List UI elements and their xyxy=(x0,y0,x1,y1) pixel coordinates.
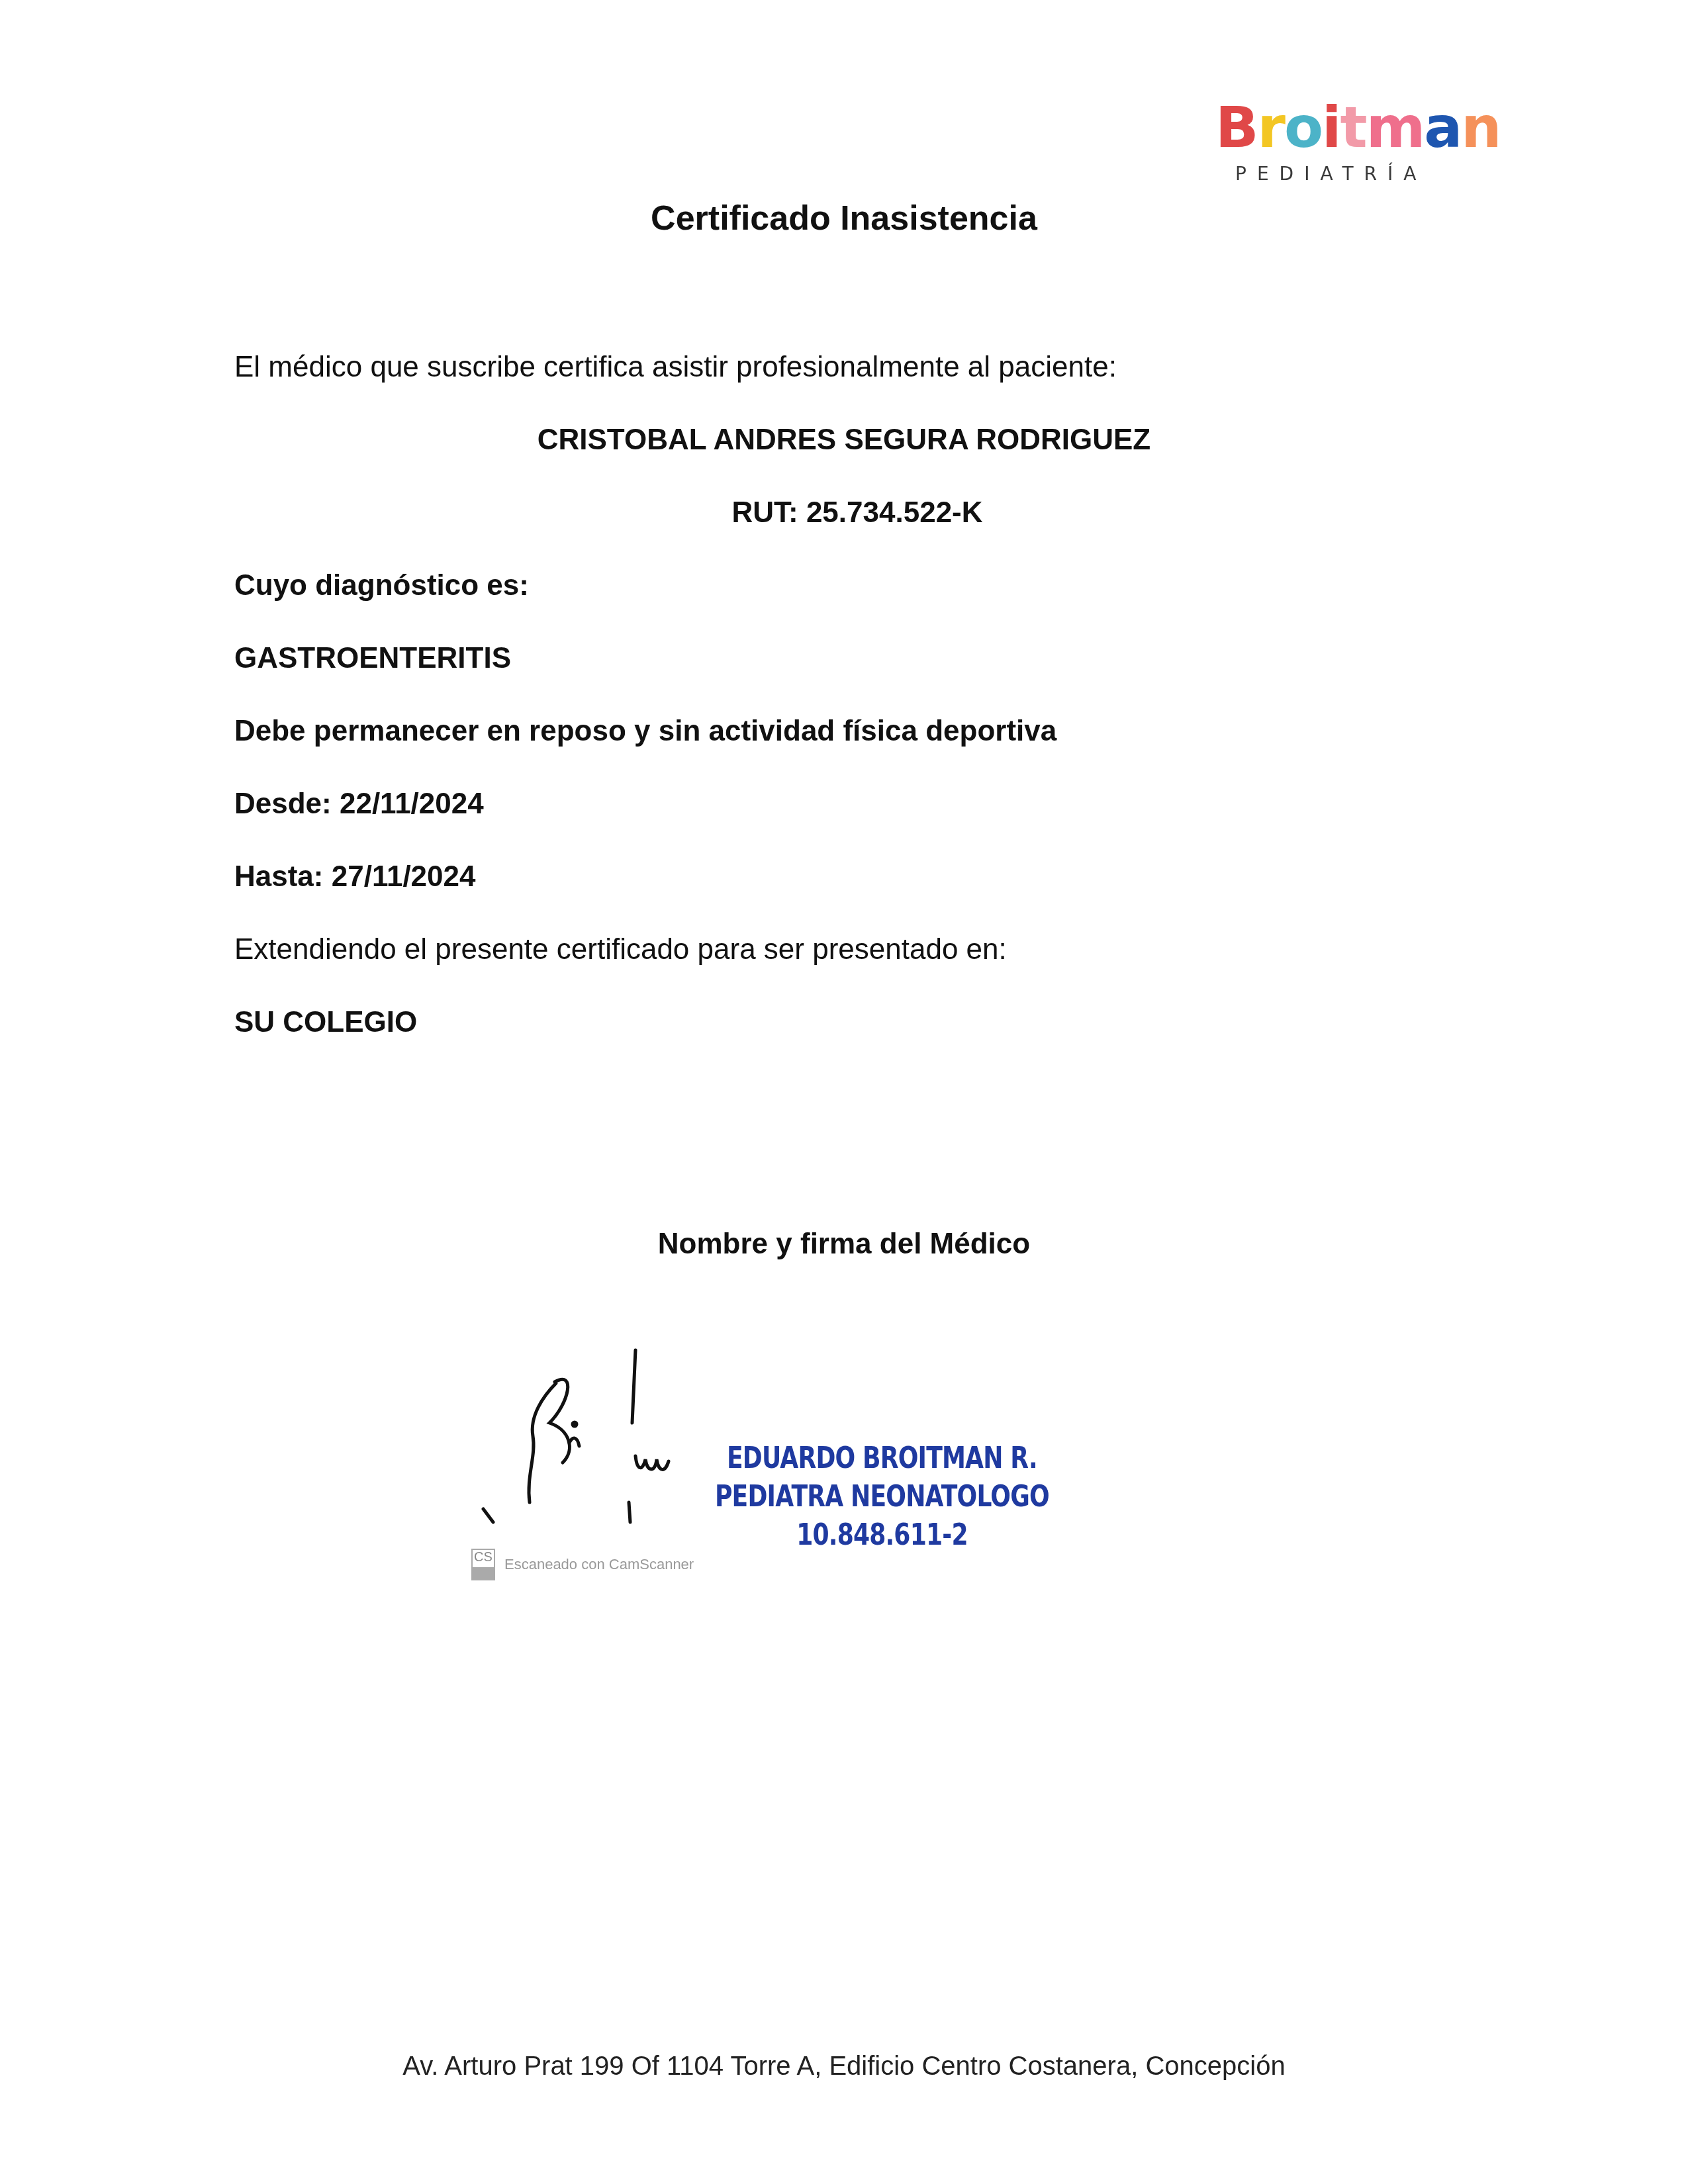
logo-letter: t xyxy=(1340,99,1366,156)
rest-instruction: Debe permanecer en reposo y sin activida… xyxy=(234,715,1056,748)
camscanner-watermark: CS Escaneado con CamScanner xyxy=(471,1549,694,1580)
camscanner-icon: CS xyxy=(471,1549,495,1580)
logo-letter: i xyxy=(1322,99,1340,156)
logo-letter: a xyxy=(1424,99,1461,156)
logo-subtitle: PEDIATRÍA xyxy=(1215,163,1454,185)
broitman-logo: Broitman PEDIATRÍA xyxy=(1215,99,1454,185)
logo-letter: n xyxy=(1461,99,1500,156)
presented-label: Extendiendo el presente certificado para… xyxy=(234,933,1007,966)
signature-label: Nombre y firma del Médico xyxy=(0,1228,1688,1261)
logo-letter: o xyxy=(1284,99,1322,156)
date-to: Hasta: 27/11/2024 xyxy=(234,860,476,893)
stamp-specialty: PEDIATRA NEONATOLOGO xyxy=(715,1478,1049,1516)
diagnosis-value: GASTROENTERITIS xyxy=(234,642,511,675)
presented-to: SU COLEGIO xyxy=(234,1006,417,1039)
patient-rut: RUT: 25.734.522-K xyxy=(0,496,1688,529)
stamp-name: EDUARDO BROITMAN R. xyxy=(715,1439,1049,1478)
date-from: Desde: 22/11/2024 xyxy=(234,788,484,821)
logo-letter: m xyxy=(1366,99,1425,156)
footer-address: Av. Arturo Prat 199 Of 1104 Torre A, Edi… xyxy=(0,2052,1688,2081)
document-title: Certificado Inasistencia xyxy=(0,199,1688,238)
logo-wordmark: Broitman xyxy=(1215,99,1454,156)
doctor-stamp: EDUARDO BROITMAN R. PEDIATRA NEONATOLOGO… xyxy=(715,1439,1049,1555)
camscanner-text: Escaneado con CamScanner xyxy=(504,1556,694,1573)
patient-name: CRISTOBAL ANDRES SEGURA RODRIGUEZ xyxy=(0,424,1688,457)
stamp-id: 10.848.611-2 xyxy=(715,1516,1049,1555)
signature-scribble xyxy=(463,1343,728,1542)
logo-letter: r xyxy=(1258,99,1284,156)
logo-letter: B xyxy=(1215,99,1258,156)
diagnosis-label: Cuyo diagnóstico es: xyxy=(234,569,529,602)
intro-text: El médico que suscribe certifica asistir… xyxy=(234,351,1117,384)
